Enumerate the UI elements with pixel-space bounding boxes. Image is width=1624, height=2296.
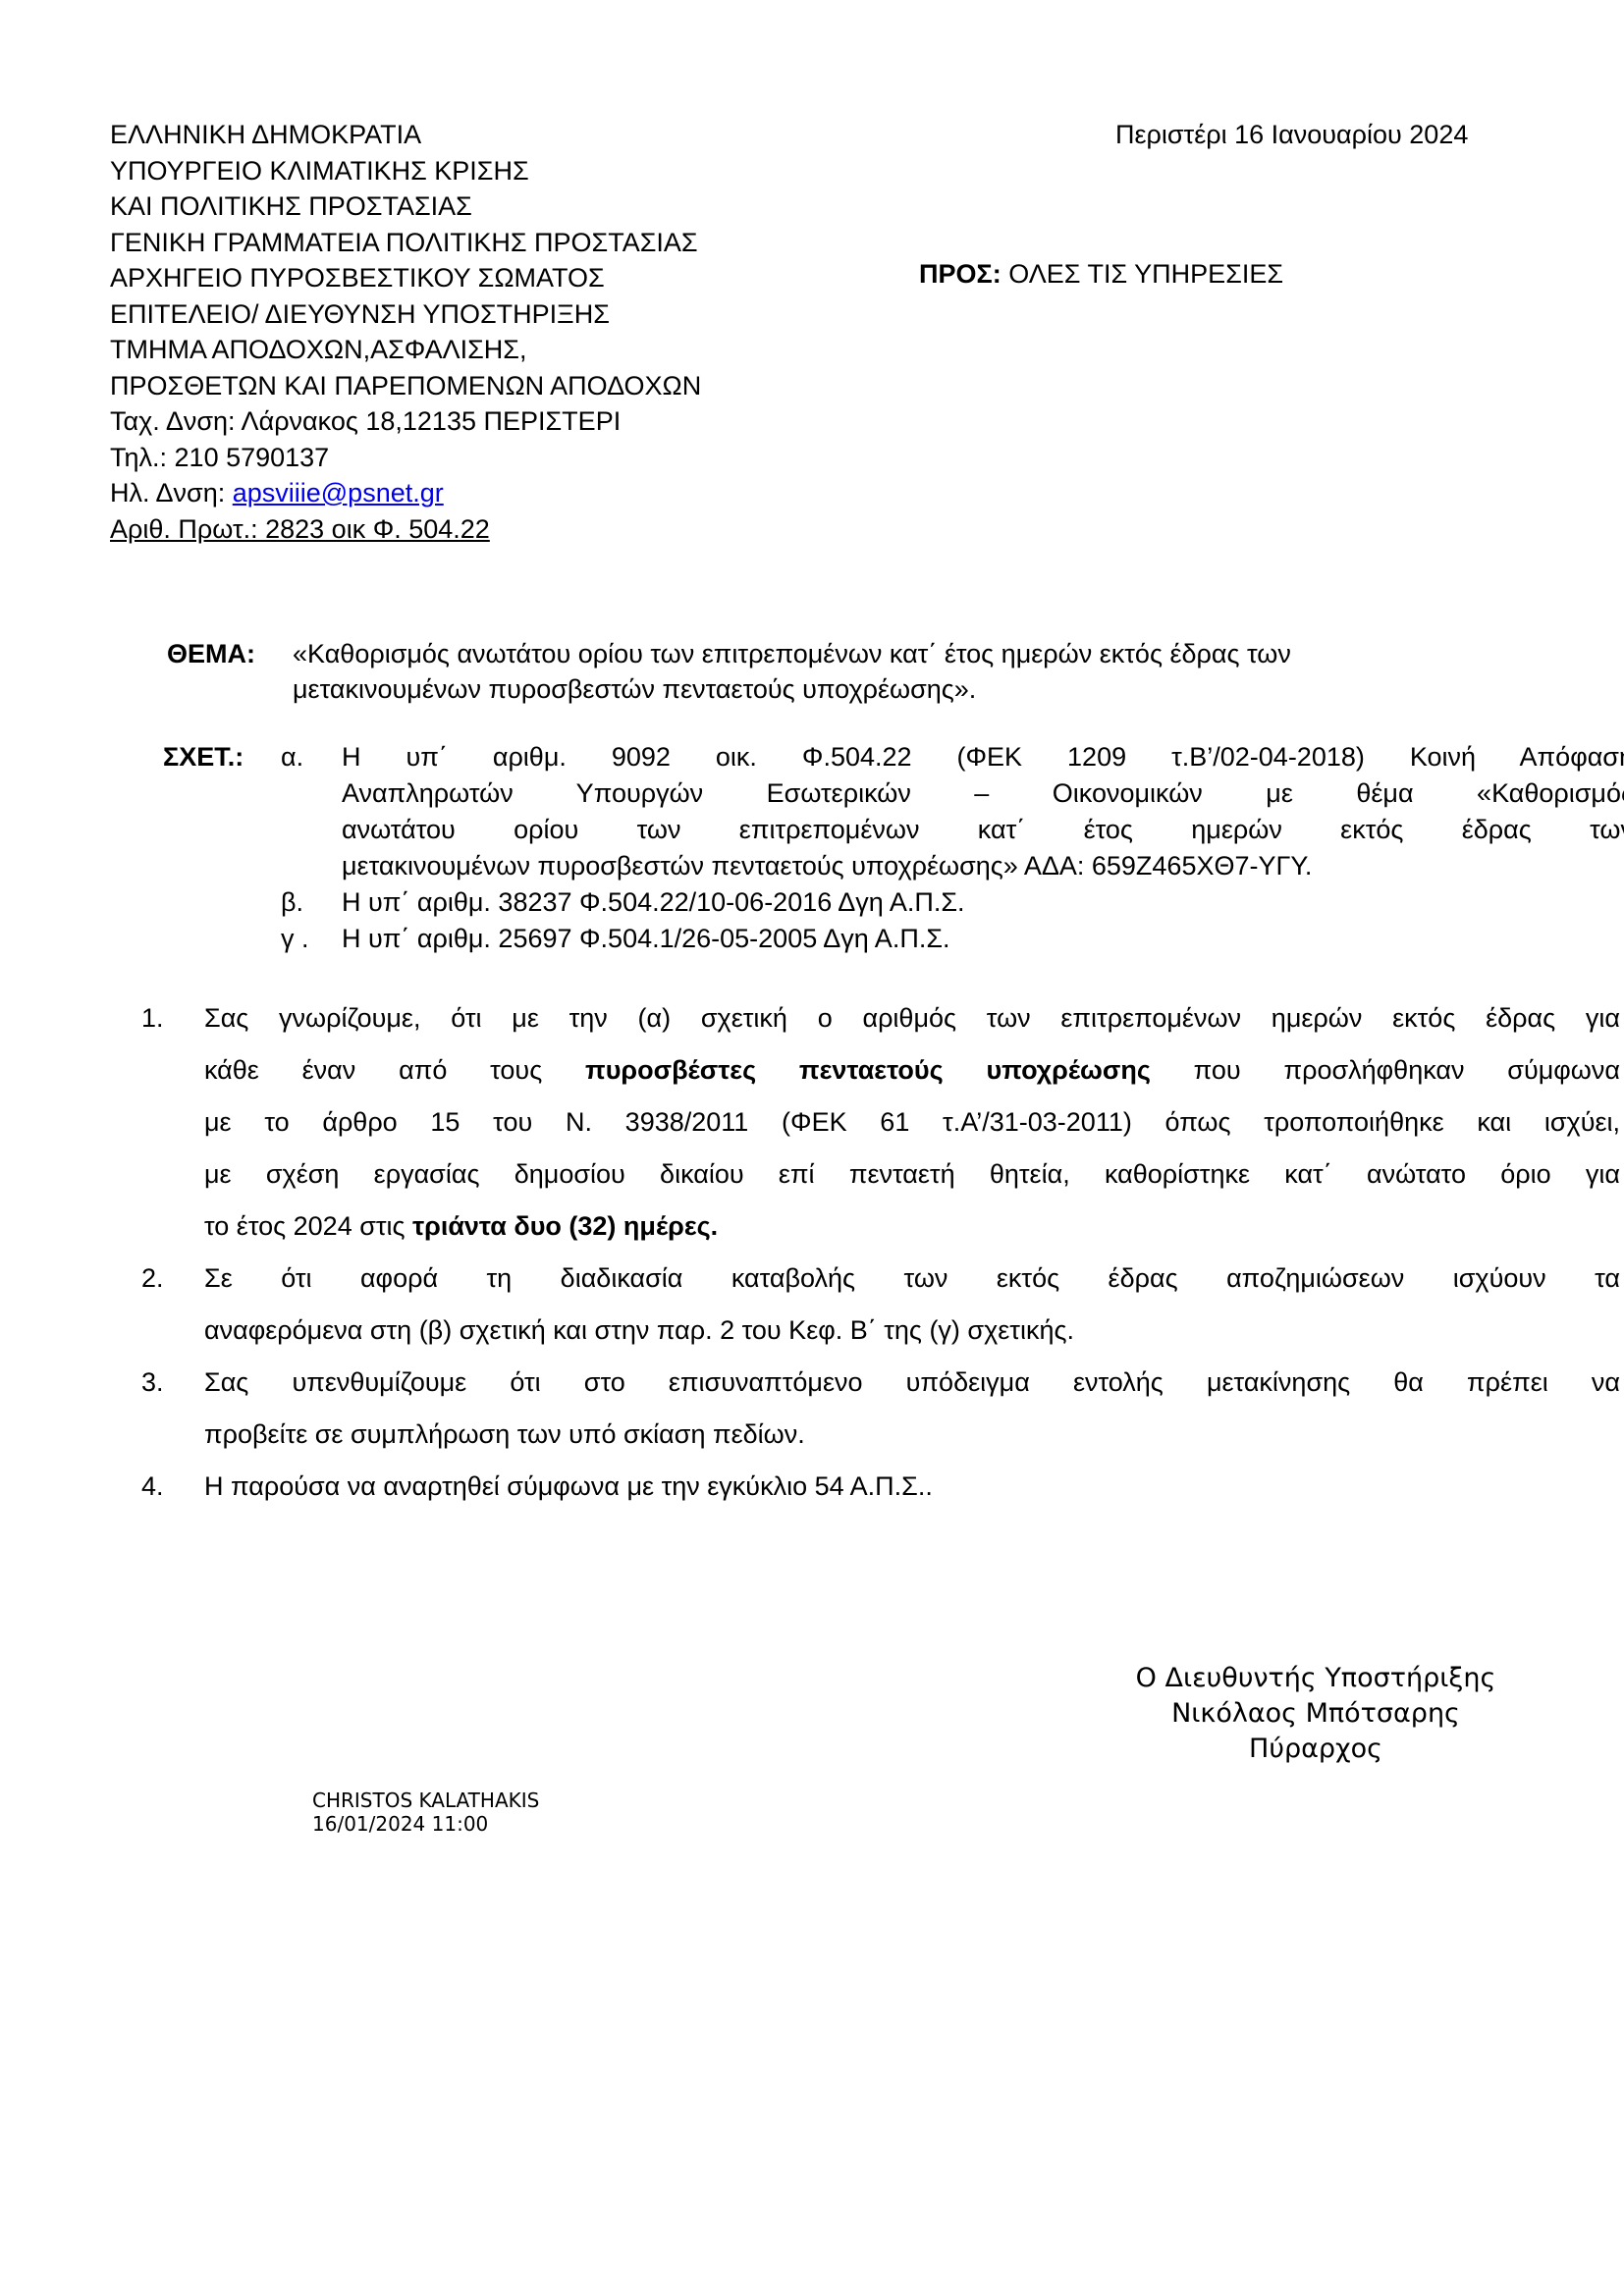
paragraph-line: Σε ότι αφορά τη διαδικασία καταβολής των… [204, 1253, 1620, 1305]
paragraph-3: Σας υπενθυμίζουμε ότι στο επισυναπτόμενο… [204, 1357, 1620, 1461]
letterhead-line: ΕΛΛΗΝΙΚΗ ΔΗΜΟΚΡΑΤΙΑ [110, 117, 701, 153]
paragraph-number: 1. [141, 992, 164, 1044]
related-item-line: Αναπληρωτών Υπουργών Εσωτερικών – Οικονο… [342, 775, 1624, 812]
related-label: ΣΧΕΤ.: [163, 739, 244, 775]
related-item-marker: α. [281, 739, 303, 775]
document-date: Περιστέρι 16 Ιανουαρίου 2024 [1115, 117, 1468, 152]
related-item: Η υπ΄ αριθμ. 25697 Φ.504.1/26-05-2005 Δγ… [342, 921, 1624, 957]
signatory-rank: Πύραρχος [1080, 1732, 1551, 1767]
signatory-title: Ο Διευθυντής Υποστήριξης [1080, 1661, 1551, 1696]
recipient-label: ΠΡΟΣ: [919, 259, 1001, 289]
paragraph-text: Σε ότι αφορά τη διαδικασία καταβολής των… [204, 1263, 1620, 1293]
paragraph-line: προβείτε σε συμπλήρωση των υπό σκίαση πε… [204, 1409, 1620, 1461]
signature-block: Ο Διευθυντής Υποστήριξης Νικόλαος Μπότσα… [1080, 1661, 1551, 1767]
paragraph-line: αναφερόμενα στη (β) σχετική και στην παρ… [204, 1305, 1620, 1357]
clerk-stamp: CHRISTOS KALATHAKIS 16/01/2024 11:00 [312, 1789, 539, 1836]
paragraph-line: με σχέση εργασίας δημοσίου δικαίου επί π… [204, 1148, 1620, 1201]
email-link[interactable]: apsviiie@psnet.gr [233, 478, 444, 507]
paragraph-number: 2. [141, 1253, 164, 1305]
address-line: Ταχ. Δνση: Λάρνακος 18,12135 ΠΕΡΙΣΤΕΡΙ [110, 403, 701, 440]
recipient-value: ΟΛΕΣ ΤΙΣ ΥΠΗΡΕΣΙΕΣ [1001, 259, 1283, 289]
related-item-line: Η υπ΄ αριθμ. 38237 Φ.504.22/10-06-2016 Δ… [342, 884, 1624, 921]
paragraph-line: Η παρούσα να αναρτηθεί σύμφωνα με την εγ… [204, 1461, 1620, 1513]
related-item: Η υπ΄ αριθμ. 38237 Φ.504.22/10-06-2016 Δ… [342, 884, 1624, 921]
letterhead: ΕΛΛΗΝΙΚΗ ΔΗΜΟΚΡΑΤΙΑ ΥΠΟΥΡΓΕΙΟ ΚΛΙΜΑΤΙΚΗΣ… [110, 117, 701, 547]
letterhead-line: ΤΜΗΜΑ ΑΠΟΔΟΧΩΝ,ΑΣΦΑΛΙΣΗΣ, [110, 332, 701, 368]
paragraph-text: Σας γνωρίζουμε, ότι με την (α) σχετική ο… [204, 1003, 1620, 1033]
letterhead-line: ΚΑΙ ΠΟΛΙΤΙΚΗΣ ΠΡΟΣΤΑΣΙΑΣ [110, 188, 701, 225]
paragraph-line: Σας υπενθυμίζουμε ότι στο επισυναπτόμενο… [204, 1357, 1620, 1409]
paragraph-text: με σχέση εργασίας δημοσίου δικαίου επί π… [204, 1159, 1620, 1189]
recipient: ΠΡΟΣ: ΟΛΕΣ ΤΙΣ ΥΠΗΡΕΣΙΕΣ [919, 256, 1283, 292]
subject-line: μετακινουμένων πυροσβεστών πενταετούς υπ… [293, 671, 1624, 707]
emphasis-text: τριάντα δυο (32) ημέρες. [412, 1211, 718, 1241]
paragraph-text: Σας υπενθυμίζουμε ότι στο επισυναπτόμενο… [204, 1367, 1620, 1397]
email-label: Ηλ. Δνση: [110, 478, 233, 507]
paragraph-number: 3. [141, 1357, 164, 1409]
paragraph-line: με το άρθρο 15 του Ν. 3938/2011 (ΦΕΚ 61 … [204, 1096, 1620, 1148]
paragraph-line: Σας γνωρίζουμε, ότι με την (α) σχετική ο… [204, 992, 1620, 1044]
related-item-marker: β. [281, 884, 303, 921]
paragraph-line: το έτος 2024 στις τριάντα δυο (32) ημέρε… [204, 1201, 1620, 1253]
letterhead-line: ΕΠΙΤΕΛΕΙΟ/ ΔΙΕΥΘΥΝΣΗ ΥΠΟΣΤΗΡΙΞΗΣ [110, 296, 701, 333]
paragraph-1: Σας γνωρίζουμε, ότι με την (α) σχετική ο… [204, 992, 1620, 1253]
letterhead-line: ΠΡΟΣΘΕΤΩΝ ΚΑΙ ΠΑΡΕΠΟΜΕΝΩΝ ΑΠΟΔΟΧΩΝ [110, 368, 701, 404]
paragraph-text: αναφερόμενα στη (β) σχετική και στην παρ… [204, 1315, 1074, 1345]
paragraph-text: κάθε έναν από τους [204, 1055, 585, 1085]
related-item-line: μετακινουμένων πυροσβεστών πενταετούς υπ… [342, 848, 1624, 884]
paragraph-2: Σε ότι αφορά τη διαδικασία καταβολής των… [204, 1253, 1620, 1357]
subject-line: «Καθορισμός ανωτάτου ορίου των επιτρεπομ… [293, 636, 1624, 671]
paragraph-line: κάθε έναν από τους πυροσβέστες πενταετού… [204, 1044, 1620, 1096]
letterhead-line: ΥΠΟΥΡΓΕΙΟ ΚΛΙΜΑΤΙΚΗΣ ΚΡΙΣΗΣ [110, 153, 701, 189]
paragraph-text: προβείτε σε συμπλήρωση των υπό σκίαση πε… [204, 1419, 805, 1449]
related-item-line: Η υπ΄ αριθμ. 25697 Φ.504.1/26-05-2005 Δγ… [342, 921, 1624, 957]
clerk-timestamp: 16/01/2024 11:00 [312, 1812, 539, 1836]
subject-label: ΘΕΜΑ: [167, 636, 255, 671]
related-item: Η υπ΄ αριθμ. 9092 οικ. Φ.504.22 (ΦΕΚ 120… [342, 739, 1624, 884]
signatory-name: Νικόλαος Μπότσαρης [1080, 1696, 1551, 1732]
related-item-line: Η υπ΄ αριθμ. 9092 οικ. Φ.504.22 (ΦΕΚ 120… [342, 739, 1624, 775]
emphasis-text: πυροσβέστες πενταετούς υποχρέωσης [585, 1055, 1151, 1085]
letterhead-line: ΑΡΧΗΓΕΙΟ ΠΥΡΟΣΒΕΣΤΙΚΟΥ ΣΩΜΑΤΟΣ [110, 260, 701, 296]
email-line: Ηλ. Δνση: apsviiie@psnet.gr [110, 475, 701, 511]
subject-text: «Καθορισμός ανωτάτου ορίου των επιτρεπομ… [293, 636, 1624, 707]
paragraph-text: Η παρούσα να αναρτηθεί σύμφωνα με την εγ… [204, 1471, 933, 1501]
paragraph-text: που προσλήφθηκαν σύμφωνα [1151, 1055, 1620, 1085]
paragraph-number: 4. [141, 1461, 164, 1513]
protocol-number: Αριθ. Πρωτ.: 2823 οικ Φ. 504.22 [110, 511, 701, 548]
paragraph-text: με το άρθρο 15 του Ν. 3938/2011 (ΦΕΚ 61 … [204, 1107, 1620, 1137]
paragraph-4: Η παρούσα να αναρτηθεί σύμφωνα με την εγ… [204, 1461, 1620, 1513]
related-item-marker: γ . [281, 921, 309, 957]
clerk-name: CHRISTOS KALATHAKIS [312, 1789, 539, 1812]
paragraph-text: το έτος 2024 στις [204, 1211, 412, 1241]
related-item-line: ανωτάτου ορίου των επιτρεπομένων κατ΄ έτ… [342, 812, 1624, 848]
phone-line: Τηλ.: 210 5790137 [110, 440, 701, 476]
letterhead-line: ΓΕΝΙΚΗ ΓΡΑΜΜΑΤΕΙΑ ΠΟΛΙΤΙΚΗΣ ΠΡΟΣΤΑΣΙΑΣ [110, 225, 701, 261]
